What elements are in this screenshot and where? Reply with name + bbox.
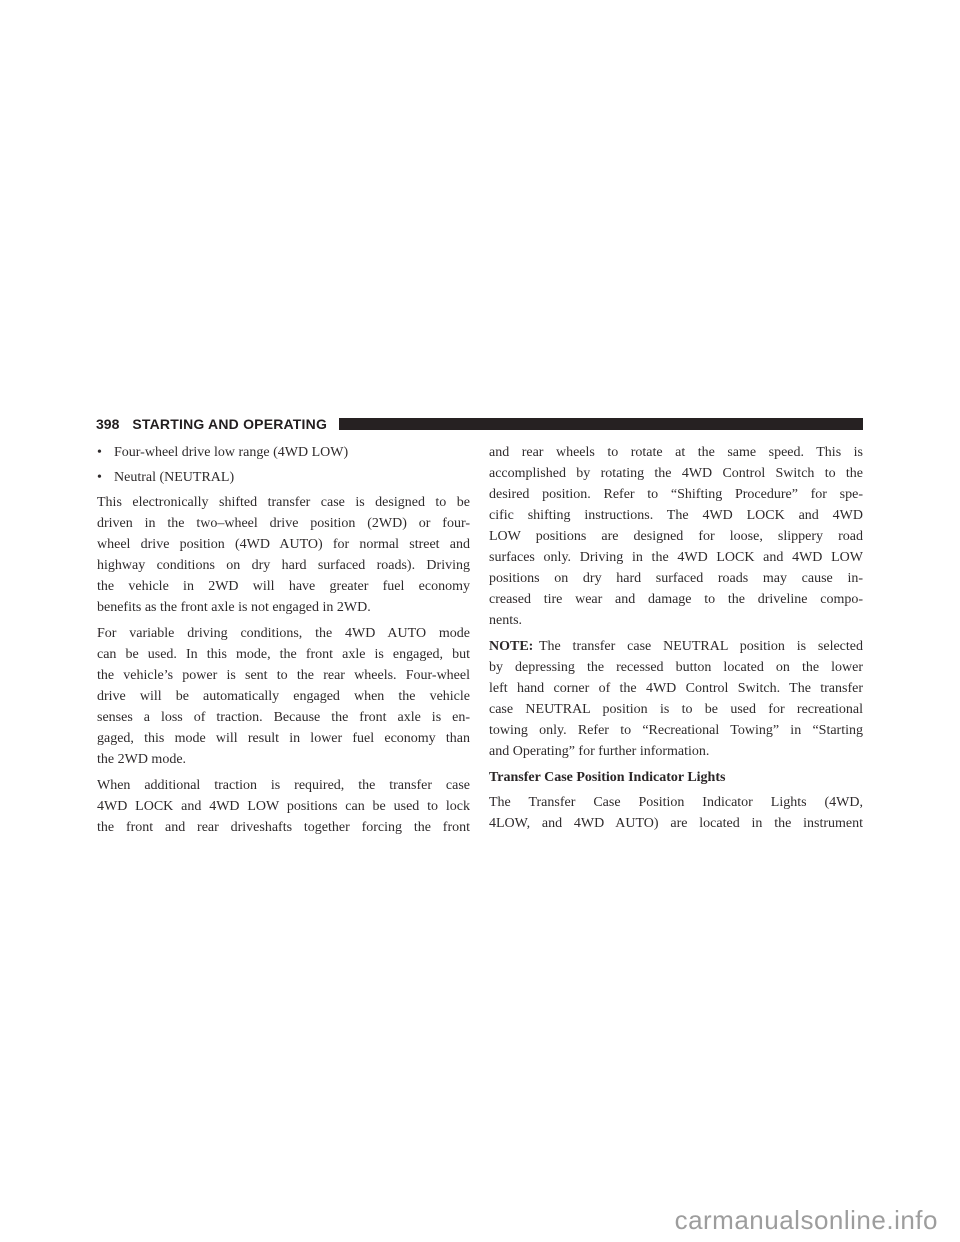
paragraph: When additional traction is required, th…: [97, 775, 470, 838]
note-text: The transfer case NEUTRAL position is se…: [533, 639, 863, 654]
bullet-icon: •: [97, 467, 114, 488]
note-lines: by depressing the recessed button locate…: [489, 657, 863, 762]
note-paragraph: NOTE:The transfer case NEUTRAL position …: [489, 636, 863, 762]
section-subheading: Transfer Case Position Indicator Lights: [489, 767, 863, 788]
bullet-text: Four-wheel drive low range (4WD LOW): [114, 442, 348, 463]
list-item: • Four-wheel drive low range (4WD LOW): [97, 442, 470, 463]
page-number: 398: [96, 416, 119, 432]
watermark: carmanualsonline.info: [675, 1205, 938, 1236]
note-first-line: NOTE:The transfer case NEUTRAL position …: [489, 636, 863, 657]
list-item: • Neutral (NEUTRAL): [97, 467, 470, 488]
note-label: NOTE:: [489, 639, 533, 654]
right-column: and rear wheels to rotate at the same sp…: [489, 442, 863, 839]
left-column: • Four-wheel drive low range (4WD LOW) •…: [97, 442, 470, 843]
paragraph: This electronically shifted transfer cas…: [97, 492, 470, 618]
paragraph: The Transfer Case Position Indicator Lig…: [489, 792, 863, 834]
paragraph: For variable driving conditions, the 4WD…: [97, 623, 470, 770]
bullet-text: Neutral (NEUTRAL): [114, 467, 234, 488]
bullet-icon: •: [97, 442, 114, 463]
manual-page: 398 STARTING AND OPERATING • Four-wheel …: [0, 0, 960, 1242]
paragraph: and rear wheels to rotate at the same sp…: [489, 442, 863, 631]
header-rule-bar: [339, 418, 863, 430]
page-header: 398 STARTING AND OPERATING: [96, 416, 863, 432]
header-title: STARTING AND OPERATING: [132, 416, 327, 432]
